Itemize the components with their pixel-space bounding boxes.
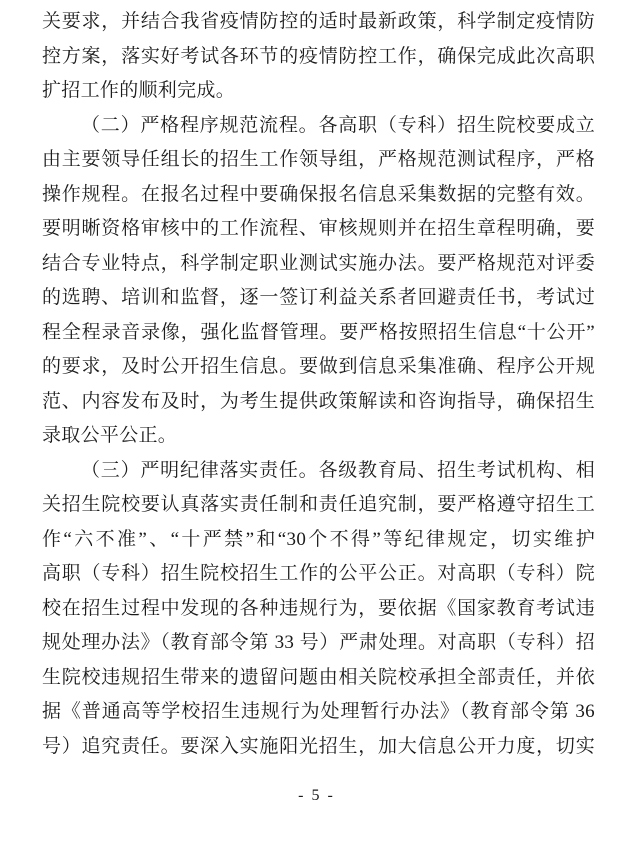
- document-line: 的要求，及时公开招生信息。要做到信息采集准确、程序公开规: [42, 350, 595, 385]
- document-line: 结合专业特点，科学制定职业测试实施办法。要严格规范对评委: [42, 247, 595, 282]
- document-line: 高职（专科）招生院校招生工作的公平公正。对高职（专科）院: [42, 557, 595, 592]
- page-number: - 5 -: [0, 787, 633, 805]
- document-line: 操作规程。在报名过程中要确保报名信息采集数据的完整有效。: [42, 178, 595, 213]
- document-line: 据《普通高等学校招生违规行为处理暂行办法》（教育部令第 36: [42, 695, 595, 730]
- document-line: 生院校违规招生带来的遗留问题由相关院校承担全部责任，并依: [42, 661, 595, 696]
- document-line: 作“六不准”、“十严禁”和“30个不得”等纪律规定，切实维护: [42, 523, 595, 558]
- document-line: 由主要领导任组长的招生工作领导组，严格规范测试程序，严格: [42, 143, 595, 178]
- document-line: 要明晰资格审核中的工作流程、审核规则并在招生章程明确，要: [42, 212, 595, 247]
- document-line: （二）严格程序规范流程。各高职（专科）招生院校要成立: [42, 109, 595, 144]
- document-line: 控方案，落实好考试各环节的疫情防控工作，确保完成此次高职: [42, 40, 595, 75]
- document-line: 关招生院校要认真落实责任制和责任追究制，要严格遵守招生工: [42, 488, 595, 523]
- paragraph-epidemic-prevention-continued: 关要求，并结合我省疫情防控的适时最新政策，科学制定疫情防 控方案，落实好考试各环…: [42, 5, 595, 109]
- document-line: 录取公平公正。: [42, 419, 595, 454]
- document-page: 关要求，并结合我省疫情防控的适时最新政策，科学制定疫情防 控方案，落实好考试各环…: [0, 0, 633, 841]
- paragraph-3-strict-discipline: （三）严明纪律落实责任。各级教育局、招生考试机构、相 关招生院校要认真落实责任制…: [42, 454, 595, 765]
- document-line: 扩招工作的顺利完成。: [42, 74, 595, 109]
- document-line: 的选聘、培训和监督，逐一签订利益关系者回避责任书，考试过: [42, 281, 595, 316]
- paragraph-2-strict-procedures: （二）严格程序规范流程。各高职（专科）招生院校要成立 由主要领导任组长的招生工作…: [42, 109, 595, 454]
- document-line: 校在招生过程中发现的各种违规行为，要依据《国家教育考试违: [42, 592, 595, 627]
- document-line: 规处理办法》（教育部令第 33 号）严肃处理。对高职（专科）招: [42, 626, 595, 661]
- document-line: 范、内容发布及时，为考生提供政策解读和咨询指导，确保招生: [42, 385, 595, 420]
- document-line: （三）严明纪律落实责任。各级教育局、招生考试机构、相: [42, 454, 595, 489]
- document-body: 关要求，并结合我省疫情防控的适时最新政策，科学制定疫情防 控方案，落实好考试各环…: [42, 5, 595, 764]
- document-line: 号）追究责任。要深入实施阳光招生，加大信息公开力度，切实: [42, 730, 595, 765]
- document-line: 程全程录音录像，强化监督管理。要严格按照招生信息“十公开”: [42, 316, 595, 351]
- document-line: 关要求，并结合我省疫情防控的适时最新政策，科学制定疫情防: [42, 5, 595, 40]
